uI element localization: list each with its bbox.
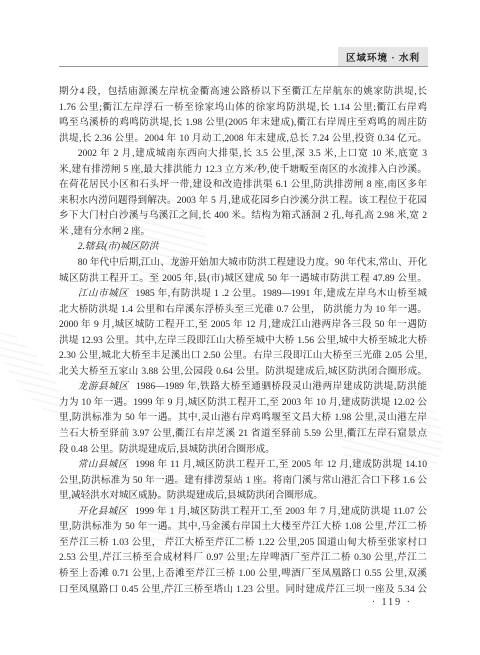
header-rule <box>59 66 428 67</box>
subsection-lead: 江山市城区 <box>78 288 129 299</box>
text-line: 北大桥防洪堤 1.4 公里和右岸溪东浮桥头至三光碓 0.7 公里， 防洪能力为 … <box>59 302 427 318</box>
text-line: 米,建有排涝闸 5 座,最大排洪能力 12.3 立方米/秒,使千塘畈至南区的水流… <box>59 162 427 178</box>
subsection-lead: 龙游县城区 <box>78 381 129 392</box>
text-line: 洪堤 12.93 公里。其中,左岸三段即江山大桥至城中大桥 1.56 公里,城中… <box>59 333 427 349</box>
text-line: 洪堤,长 2.36 公里。2004 年 10 月动工,2008 年末建成,总长 … <box>59 131 427 147</box>
text-line: 里,防洪标准为 50 年一遇。其中,灵山港右岸鸡鸣堰至文昌大桥 1.98 公里,… <box>59 410 427 426</box>
body-text: 期分4 段，包括庙源溪左岸杭金衢高速公路桥以下至衢江左岸航东的姚家防洪堤,长1.… <box>59 84 427 597</box>
text-line: 桥至上岙滩 0.71 公里,上岙滩至芹江三桥 1.00 公里,啤酒厂至凤凰路口 … <box>59 566 427 582</box>
section-heading: 2.辖县(市)城区防洪 <box>59 239 427 255</box>
text-line: 口至凤凰路口 0.45 公里,芹江三桥至塔山 1.23 公里。同时建成芹江三坝一… <box>59 582 427 598</box>
text-line: 期分4 段，包括庙源溪左岸杭金衢高速公路桥以下至衢江左岸航东的姚家防洪堤,长 <box>59 84 427 100</box>
subsection-lead: 常山县城区 <box>78 459 128 470</box>
text-line: 1.76 公里;衢江左岸浮石一桥至徐家坞山体的徐家坞防洪堤,长 1.14 公里;… <box>59 100 427 116</box>
text-line: 里,减轻洪水对城区威胁。防洪堤建成后,县城防洪闭合圈形成。 <box>59 488 427 504</box>
text-line: 在荷花居民小区和石头坪一带,建设和改造排洪渠 6.1 公里,防洪排涝闸 8 座,… <box>59 177 427 193</box>
section-badge: 区域环境 · 水利 <box>338 47 428 66</box>
text-line: 2.53 公里,芹江三桥至合成材料厂 0.97 公里;左岸啤酒厂至芹江二桥 0.… <box>59 550 427 566</box>
text-line: 至芹江三桥 1.03 公里， 芹江大桥至芹江二桥 1.22 公里,205 国道山… <box>59 535 427 551</box>
text-line: 里,防洪标准为 50 年一遇。其中,马金溪右岸国土大楼至芹江大桥 1.08 公里… <box>59 519 427 535</box>
text-line: 80 年代中后期,江山、龙游开始加大城市防洪工程建设力度。90 年代末,常山、开… <box>59 255 427 271</box>
text-line: 公里,防洪标准为 50 年一遇。建有排涝泵站 1 座。将南门溪与常山港汇合口下移… <box>59 473 427 489</box>
text-line: 鸣至乌溪桥的鸡鸣防洪堤,长 1.98 公里(2005 年末建成),衢江右岸周庄至… <box>59 115 427 131</box>
scanned-book-page: 区域环境 · 水利 期分4 段，包括庙源溪左岸杭金衢高速公路桥以下至衢江左岸航东… <box>0 0 480 655</box>
text-line: 江山市城区1985 年,有防洪堤 1 .2 公里。1989—1991 年,建成左… <box>59 286 427 302</box>
text-line: 北关大桥至五家山 3.88 公里,公园段 0.64 公里。防洪堤建成后,城区防洪… <box>59 364 427 380</box>
text-line: 段 0.48 公里。防洪堤建成后,县城防洪闭合圈形成。 <box>59 442 427 458</box>
text-line: 乡下大门村白沙溪与乌溪江之间,长 400 米。结构为箱式涵洞 2 孔,每孔高 2… <box>59 208 427 224</box>
text-line: 开化县城区1999 年 1 月,城区防洪工程开工,至 2003 年 7 月,建成… <box>59 504 427 520</box>
text-line: 2002 年 2 月,建成城南东西向大排渠,长 3.5 公里,深 3.5 米,上… <box>59 146 427 162</box>
text-line: 常山县城区1998 年 11 月,城区防洪工程开工,至 2005 年 12 月,… <box>59 457 427 473</box>
text-line: 城区防洪工程开工。至 2005 年,县(市)城区建成 50 年一遇城市防洪工程 … <box>59 271 427 287</box>
text-line: 米 ,建有分水闸 2 座。 <box>59 224 427 240</box>
page-number: · 119 · <box>372 597 412 608</box>
text-line: 2000 年 9 月,城区城防工程开工,至 2005 年 12 月,建成江山港两… <box>59 317 427 333</box>
text-line: 2.30 公里,城北大桥至丰足溪出口 2.50 公里。右岸三段即江山大桥至三光碓… <box>59 348 427 364</box>
text-line: 力为 10 年一遇。1999 年 9 月,城区防洪工程开工,至 2003 年 1… <box>59 395 427 411</box>
subsection-lead: 开化县城区 <box>78 506 128 517</box>
text-line: 兰石大桥至驿前 3.97 公里,衢江右岸芝溪 21 省道至驿前 5.59 公里,… <box>59 426 427 442</box>
text-line: 来积水内涝问题得到解决。2003 年 5 月,建成花园乡白沙溪分洪工程。该工程位… <box>59 193 427 209</box>
text-line: 龙游县城区1986—1989 年,铁路大桥至通驷桥段灵山港两岸建成防洪堤,防洪能 <box>59 379 427 395</box>
